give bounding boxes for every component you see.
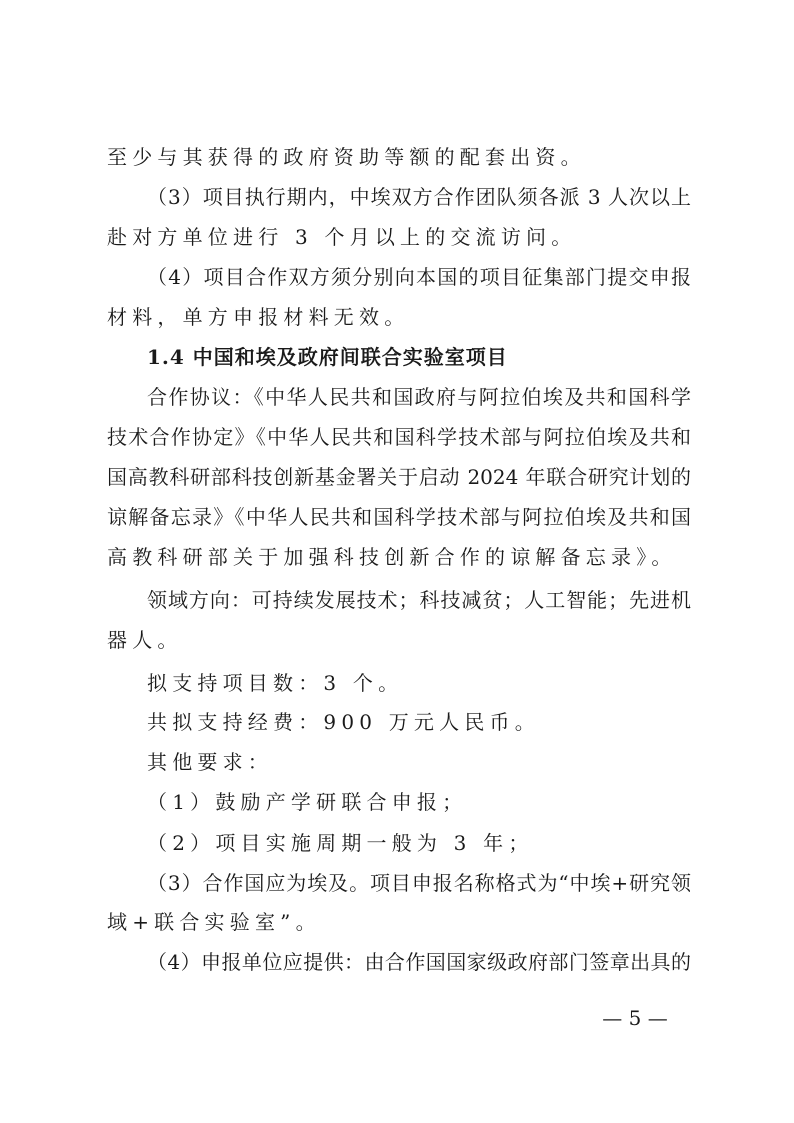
- list-item: （2）项目实施周期一般为 3 年；: [147, 828, 691, 858]
- paragraph-line: 拟支持项目数：3 个。: [147, 668, 691, 698]
- list-item: （1）鼓励产学研联合申报；: [147, 787, 691, 817]
- paragraph-line: 至少与其获得的政府资助等额的配套出资。: [107, 142, 691, 172]
- paragraph-line: 技术合作协定》《中华人民共和国科学技术部与阿拉伯埃及共和: [107, 422, 691, 452]
- list-item: （3）合作国应为埃及。项目申报名称格式为“中埃+研究领: [147, 868, 691, 898]
- paragraph-line: 国高教科研部科技创新基金署关于启动 2024 年联合研究计划的: [107, 462, 691, 492]
- paragraph-line: 其他要求：: [147, 747, 691, 777]
- page-number: — 5 —: [600, 1003, 670, 1033]
- paragraph-line: 领域方向：可持续发展技术；科技减贫；人工智能；先进机: [147, 585, 691, 615]
- section-heading: 1.4 中国和埃及政府间联合实验室项目: [147, 342, 691, 372]
- paragraph-line: 谅解备忘录》《中华人民共和国科学技术部与阿拉伯埃及共和国: [107, 502, 691, 532]
- paragraph-line: 合作协议：《中华人民共和国政府与阿拉伯埃及共和国科学: [147, 382, 691, 412]
- document-page: 至少与其获得的政府资助等额的配套出资。 （3）项目执行期内，中埃双方合作团队须各…: [0, 0, 794, 1123]
- list-item-continuation: 域+联合实验室”。: [107, 907, 691, 937]
- paragraph-line: 器人。: [107, 625, 691, 655]
- paragraph-line: 高教科研部关于加强科技创新合作的谅解备忘录》。: [107, 542, 691, 572]
- paragraph-line: 材料，单方申报材料无效。: [107, 302, 691, 332]
- list-item: （4）申报单位应提供：由合作国国家级政府部门签章出具的: [147, 947, 691, 977]
- paragraph-line: 共拟支持经费：900 万元人民币。: [147, 707, 691, 737]
- paragraph-line: （4）项目合作双方须分别向本国的项目征集部门提交申报: [147, 262, 691, 292]
- paragraph-line: （3）项目执行期内，中埃双方合作团队须各派 3 人次以上: [147, 182, 691, 212]
- paragraph-line: 赴对方单位进行 3 个月以上的交流访问。: [107, 222, 691, 252]
